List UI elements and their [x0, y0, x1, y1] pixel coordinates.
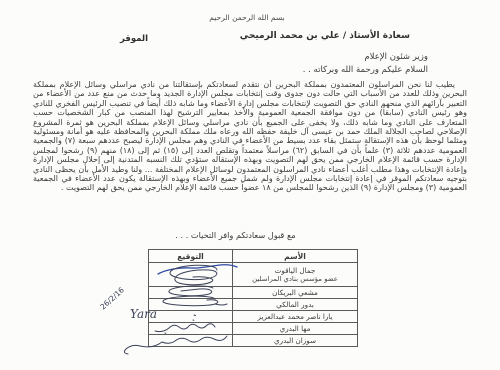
honorific: الموقر: [120, 34, 148, 44]
table-row: جمال الياقوت عضو مؤسس بنادي المراسلين: [149, 263, 358, 287]
greeting: السلام عليكم ورحمة الله وبركاته . .: [303, 65, 428, 75]
column-header-name: الأسم: [233, 250, 358, 263]
name-cell: يارا ناصر محمد عبدالعزيز: [233, 311, 358, 323]
closing-salutation: مع قبول سعادتكم وافر التحيات . . .: [158, 230, 313, 240]
letter-body: يطيب لنا نحن المراسلون المعتمدون بمملكة …: [33, 80, 467, 229]
table-row: بدور المالكي: [149, 299, 358, 311]
name-cell: بدور المالكي: [233, 299, 358, 311]
signature-date: 26/2/16: [98, 285, 126, 311]
signature-cell: [149, 311, 233, 323]
table-row: مها البدري: [149, 323, 358, 335]
table-row: مشعي البريكان: [149, 287, 358, 299]
letter-document: بسم الله الرحمن الرحيم سعادة الأستاذ / ع…: [0, 0, 500, 370]
signature-cell: [149, 335, 233, 347]
addressee-name: سعادة الأستاذ / علي بن محمد الرميحي: [240, 31, 410, 41]
name-cell: سوزان البدري: [233, 335, 358, 347]
member-role: عضو مؤسس بنادي المراسلين: [233, 275, 357, 284]
table-row: سوزان البدري: [149, 335, 358, 347]
minister-title: وزير شئون الإعلام: [364, 52, 428, 62]
basmala: بسم الله الرحمن الرحيم: [147, 13, 347, 22]
name-cell: مها البدري: [233, 323, 358, 335]
signatures-table: الأسم التوقيع جمال الياقوت عضو مؤسس بناد…: [148, 249, 358, 347]
signature-cell: [149, 299, 233, 311]
signature-cell: [149, 323, 233, 335]
member-name: جمال الياقوت: [233, 266, 357, 275]
name-cell: مشعي البريكان: [233, 287, 358, 299]
signature-cell: [149, 263, 233, 287]
table-header-row: الأسم التوقيع: [149, 250, 358, 263]
column-header-signature: التوقيع: [149, 250, 233, 263]
signature-cell: [149, 287, 233, 299]
table-row: يارا ناصر محمد عبدالعزيز: [149, 311, 358, 323]
name-cell: جمال الياقوت عضو مؤسس بنادي المراسلين: [233, 263, 358, 287]
